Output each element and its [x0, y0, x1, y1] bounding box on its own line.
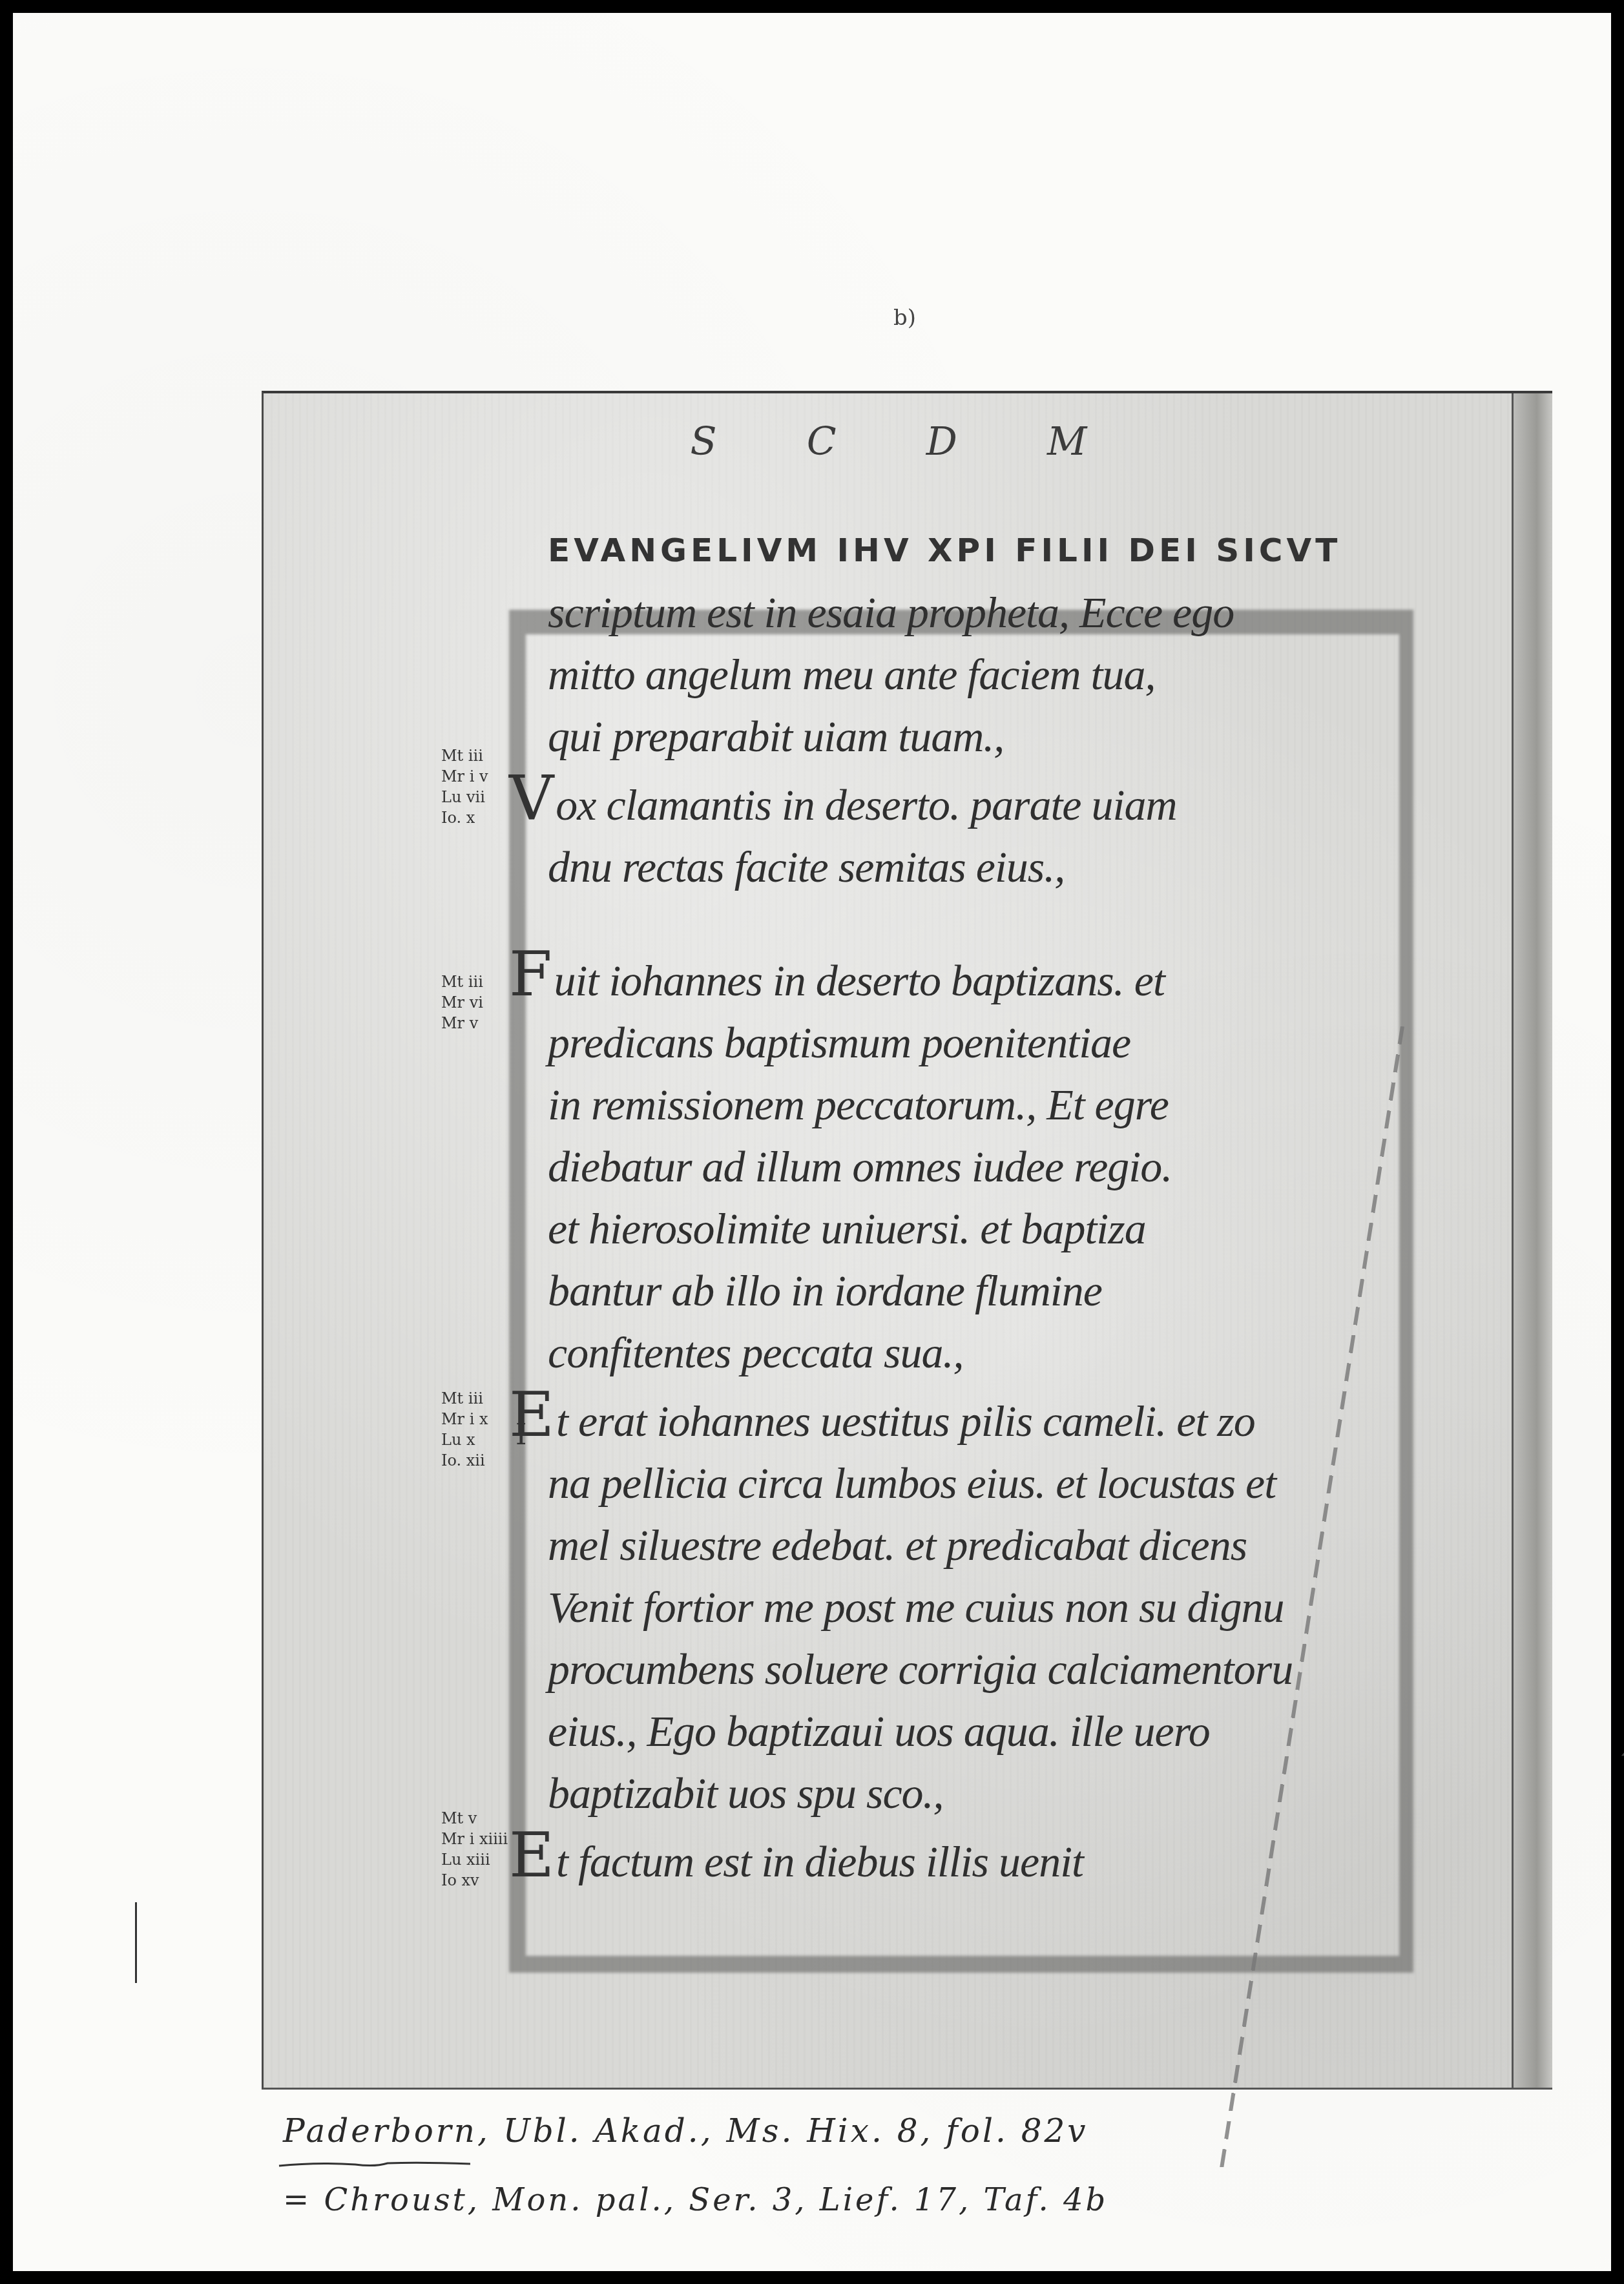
marginal-ref: Mr vi: [441, 992, 483, 1013]
text-line: Et erat iohannes uestitus pilis cameli. …: [548, 1384, 1420, 1452]
manuscript-text: EVANGELIVM IHV XPI FILII DEI SICVT scrip…: [548, 519, 1420, 1893]
marginal-ref: Lu x: [441, 1429, 488, 1450]
initial-letter: E: [509, 1819, 554, 1891]
marginal-references-2: Mt iii Mr vi Mr v: [441, 971, 483, 1033]
marginal-ref: Lu vii: [441, 787, 488, 807]
text-line: dnu rectas facite semitas eius.,: [548, 836, 1420, 898]
text-line: Vox clamantis in deserto. parate uiam: [548, 767, 1420, 836]
marginal-ref: Mt iii: [441, 1388, 488, 1409]
text-line: bantur ab illo in iordane flumine: [548, 1260, 1420, 1322]
text-line: Et factum est in diebus illis uenit: [548, 1824, 1420, 1893]
text-line: mitto angelum meu ante faciem tua,: [548, 643, 1420, 705]
marginal-ref: Mr i xiiii: [441, 1829, 508, 1849]
marginal-references-4: Mt v Mr i xiiii Lu xiii Io xv: [441, 1808, 508, 1891]
initial-letter: F: [509, 938, 552, 1010]
text-line: Venit fortior me post me cuius non su di…: [548, 1576, 1420, 1638]
stray-pen-mark: [135, 1902, 137, 1983]
incipit-line: EVANGELIVM IHV XPI FILII DEI SICVT: [548, 519, 1420, 581]
plate-label: b): [893, 305, 916, 331]
initial-letter: V: [509, 762, 553, 835]
manuscript-photograph: S C D M Mt iii Mr i v Lu vii Io. x Mt ii…: [262, 391, 1552, 2090]
initial-letter: E: [509, 1378, 554, 1451]
text-line: scriptum est in esaia propheta, Ecce ego: [548, 581, 1420, 643]
text-line: na pellicia circa lumbos eius. et locust…: [548, 1452, 1420, 1514]
marginal-ref: Io. xii: [441, 1450, 488, 1471]
text-line: mel siluestre edebat. et predicabat dice…: [548, 1514, 1420, 1576]
text-line: qui preparabit uiam tuam.,: [548, 705, 1420, 767]
marginal-ref: Io. x: [441, 807, 488, 828]
marginal-references-1: Mt iii Mr i v Lu vii Io. x: [441, 745, 488, 828]
binding-edge: [1512, 393, 1552, 2088]
marginal-ref: Mr v: [441, 1013, 483, 1033]
caption-underline: [278, 2161, 472, 2168]
marginal-ref: Io xv: [441, 1870, 508, 1891]
text-line: diebatur ad illum omnes iudee regio.: [548, 1136, 1420, 1198]
running-title: S C D M: [264, 419, 1552, 464]
text-line: procumbens soluere corrigia calciamentor…: [548, 1638, 1420, 1700]
text-line: in remissionem peccatorum., Et egre: [548, 1074, 1420, 1136]
scanned-page: b) ∠ S C D M Mt iii Mr i v Lu vii Io. x …: [13, 13, 1611, 2271]
marginal-ref: Mt iii: [441, 971, 483, 992]
marginal-ref: Mr i v: [441, 766, 488, 787]
caption-shelfmark: Paderborn, Ubl. Akad., Ms. Hix. 8, fol. …: [283, 2112, 1088, 2150]
marginal-ref: Mr i x: [441, 1409, 488, 1429]
text-line: confitentes peccata sua.,: [548, 1322, 1420, 1384]
text-line: et hierosolimite uniuersi. et baptiza: [548, 1198, 1420, 1260]
caption-reference: = Chroust, Mon. pal., Ser. 3, Lief. 17, …: [283, 2182, 1108, 2218]
marginal-ref: Mt v: [441, 1808, 508, 1829]
text-line: eius., Ego baptizaui uos aqua. ille uero: [548, 1700, 1420, 1762]
text-line: Fuit iohannes in deserto baptizans. et: [548, 943, 1420, 1012]
marginal-references-3: Mt iii Mr i x Lu x Io. xii: [441, 1388, 488, 1471]
text-line: predicans baptismum poenitentiae: [548, 1012, 1420, 1074]
text-line: baptizabit uos spu sco.,: [548, 1762, 1420, 1824]
marginal-ref: Lu xiii: [441, 1849, 508, 1870]
marginal-ref: Mt iii: [441, 745, 488, 766]
stray-edge-mark: ∠: [1619, 1741, 1624, 1762]
